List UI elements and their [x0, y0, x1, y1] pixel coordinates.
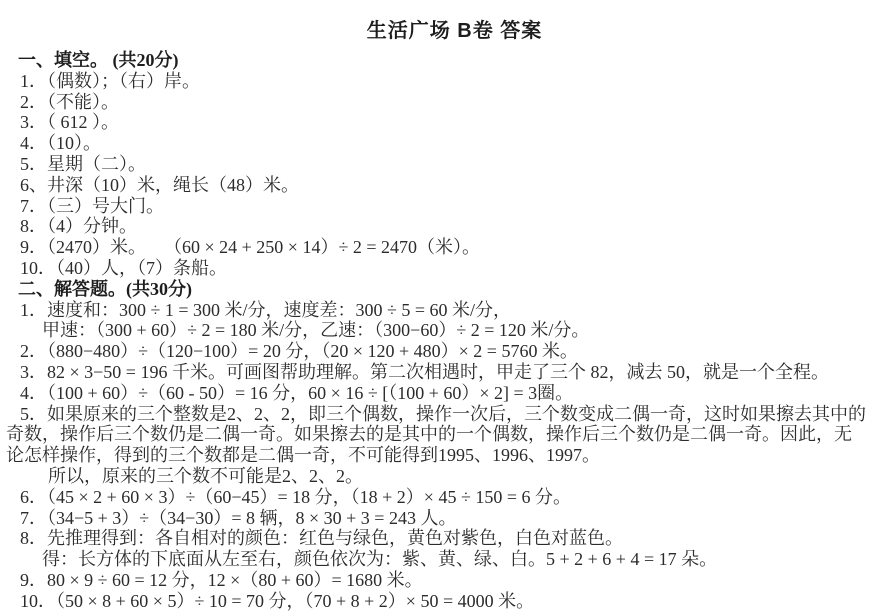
solution-line: 8．先推理得到：各自相对的颜色：红色与绿色，黄色对紫色，白色对蓝色。	[0, 528, 889, 549]
section2-heading: 二、解答题。(共30分)	[0, 279, 889, 300]
fill-answer-line: 5．星期（二）。	[0, 154, 889, 175]
section1-heading: 一、填空。 (共20分)	[0, 50, 889, 71]
solution-line: 得：长方体的下底面从左至右，颜色依次为：紫、黄、绿、白。5 + 2 + 6 + …	[0, 549, 889, 570]
solution-line: 甲速：（300 + 60）÷ 2 = 180 米/分，乙速：（300−60）÷ …	[0, 320, 889, 341]
solution-line: 奇数，操作后三个数仍是二偶一奇。如果擦去的是其中的一个偶数，操作后三个数仍是二偶…	[0, 424, 889, 445]
fill-answer-line: 3．（ 612 ）。	[0, 112, 889, 133]
solution-line: 1．速度和：300 ÷ 1 = 300 米/分，速度差：300 ÷ 5 = 60…	[0, 300, 889, 321]
solution-line: 3．82 × 3−50 = 196 千米。可画图帮助理解。第二次相遇时，甲走了三…	[0, 362, 889, 383]
fill-answer-line: 1．（偶数）；（右）岸。	[0, 71, 889, 92]
fill-answer-line: 9．（2470）米。 （60 × 24 + 250 × 14）÷ 2 = 247…	[0, 237, 889, 258]
solution-line: 所以，原来的三个数不可能是2、2、2。	[0, 466, 889, 487]
fill-answer-line: 6、井深（10）米，绳长（48）米。	[0, 175, 889, 196]
page-title: 生活广场 B卷 答案	[20, 14, 889, 43]
fill-answer-line: 4．（10）。	[0, 133, 889, 154]
solution-line: 10．（50 × 8 + 60 × 5）÷ 10 = 70 分，（70 + 8 …	[0, 591, 889, 612]
solution-line: 2．（880−480）÷（120−100）= 20 分，（20 × 120 + …	[0, 341, 889, 362]
solution-line: 4．（100 + 60）÷（60 - 50）= 16 分，60 × 16 ÷ […	[0, 383, 889, 404]
fill-answer-line: 2．（不能）。	[0, 92, 889, 113]
fill-answer-line: 8．（4）分钟。	[0, 216, 889, 237]
solution-line: 6．（45 × 2 + 60 × 3）÷（60−45）= 18 分，（18 + …	[0, 487, 889, 508]
answer-sheet-page: 生活广场 B卷 答案 一、填空。 (共20分) 1．（偶数）；（右）岸。 2．（…	[0, 0, 889, 614]
fill-answer-line: 7．（三）号大门。	[0, 196, 889, 217]
solution-line: 5．如果原来的三个整数是2、2、2，即三个偶数，操作一次后，三个数变成二偶一奇，…	[0, 404, 889, 425]
fill-answer-line: 10．（40）人，（7）条船。	[0, 258, 889, 279]
solution-line: 7．（34−5 + 3）÷（34−30）= 8 辆，8 × 30 + 3 = 2…	[0, 508, 889, 529]
solution-line: 论怎样操作，得到的三个数都是二偶一奇，不可能得到1995、1996、1997。	[0, 445, 889, 466]
solution-line: 9．80 × 9 ÷ 60 = 12 分，12 ×（80 + 60）= 1680…	[0, 570, 889, 591]
